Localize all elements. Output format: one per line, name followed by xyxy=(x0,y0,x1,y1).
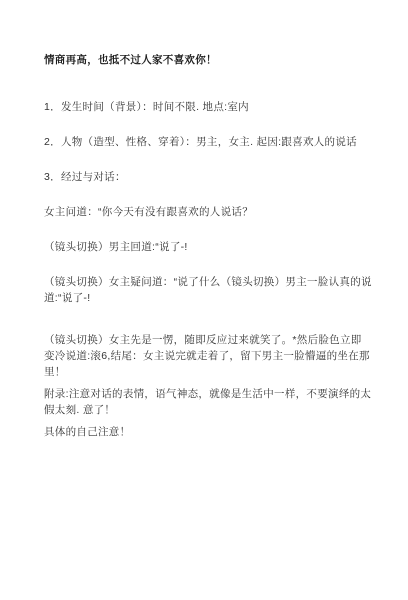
paragraph-appendix-note: 附录:注意对话的表情，语气神态，就像是生活中一样，不要演绎的太假太刻. 意了！ xyxy=(44,386,372,418)
paragraph-dialogue-male-lead: （镜头切换）男主回道:“说了-! xyxy=(44,239,372,255)
paragraph-ending: （镜头切换）女主先是一愣，随即反应过来就笑了。*然后脸色立即变冷说道:滚6,结尾… xyxy=(44,332,372,380)
paragraph-characters: 2．人物（造型、性格、穿着）：男主，女主. 起因:跟喜欢人的说话 xyxy=(44,134,372,150)
paragraph-dialogue-exchange: （镜头切换）女主疑问道：“说了什么（镜头切换）男主一脸认真的说道:“说了-! xyxy=(44,274,372,306)
paragraph-time-setting: 1．发生时间（背景）：时间不限. 地点:室内 xyxy=(44,99,372,115)
paragraph-dialogue-female-lead: 女主问道：“你今天有没有跟喜欢的人说话？ xyxy=(44,204,372,220)
document-content: 情商再高，也抵不过人家不喜欢你！ 1．发生时间（背景）：时间不限. 地点:室内 … xyxy=(0,0,408,440)
paragraph-section-dialogue: 3．经过与对话： xyxy=(44,169,372,185)
document-page: 情商再高，也抵不过人家不喜欢你！ 1．发生时间（背景）：时间不限. 地点:室内 … xyxy=(0,0,408,600)
paragraph-final-note: 具体的自己注意！ xyxy=(44,424,372,440)
document-title: 情商再高，也抵不过人家不喜欢你！ xyxy=(44,53,372,67)
